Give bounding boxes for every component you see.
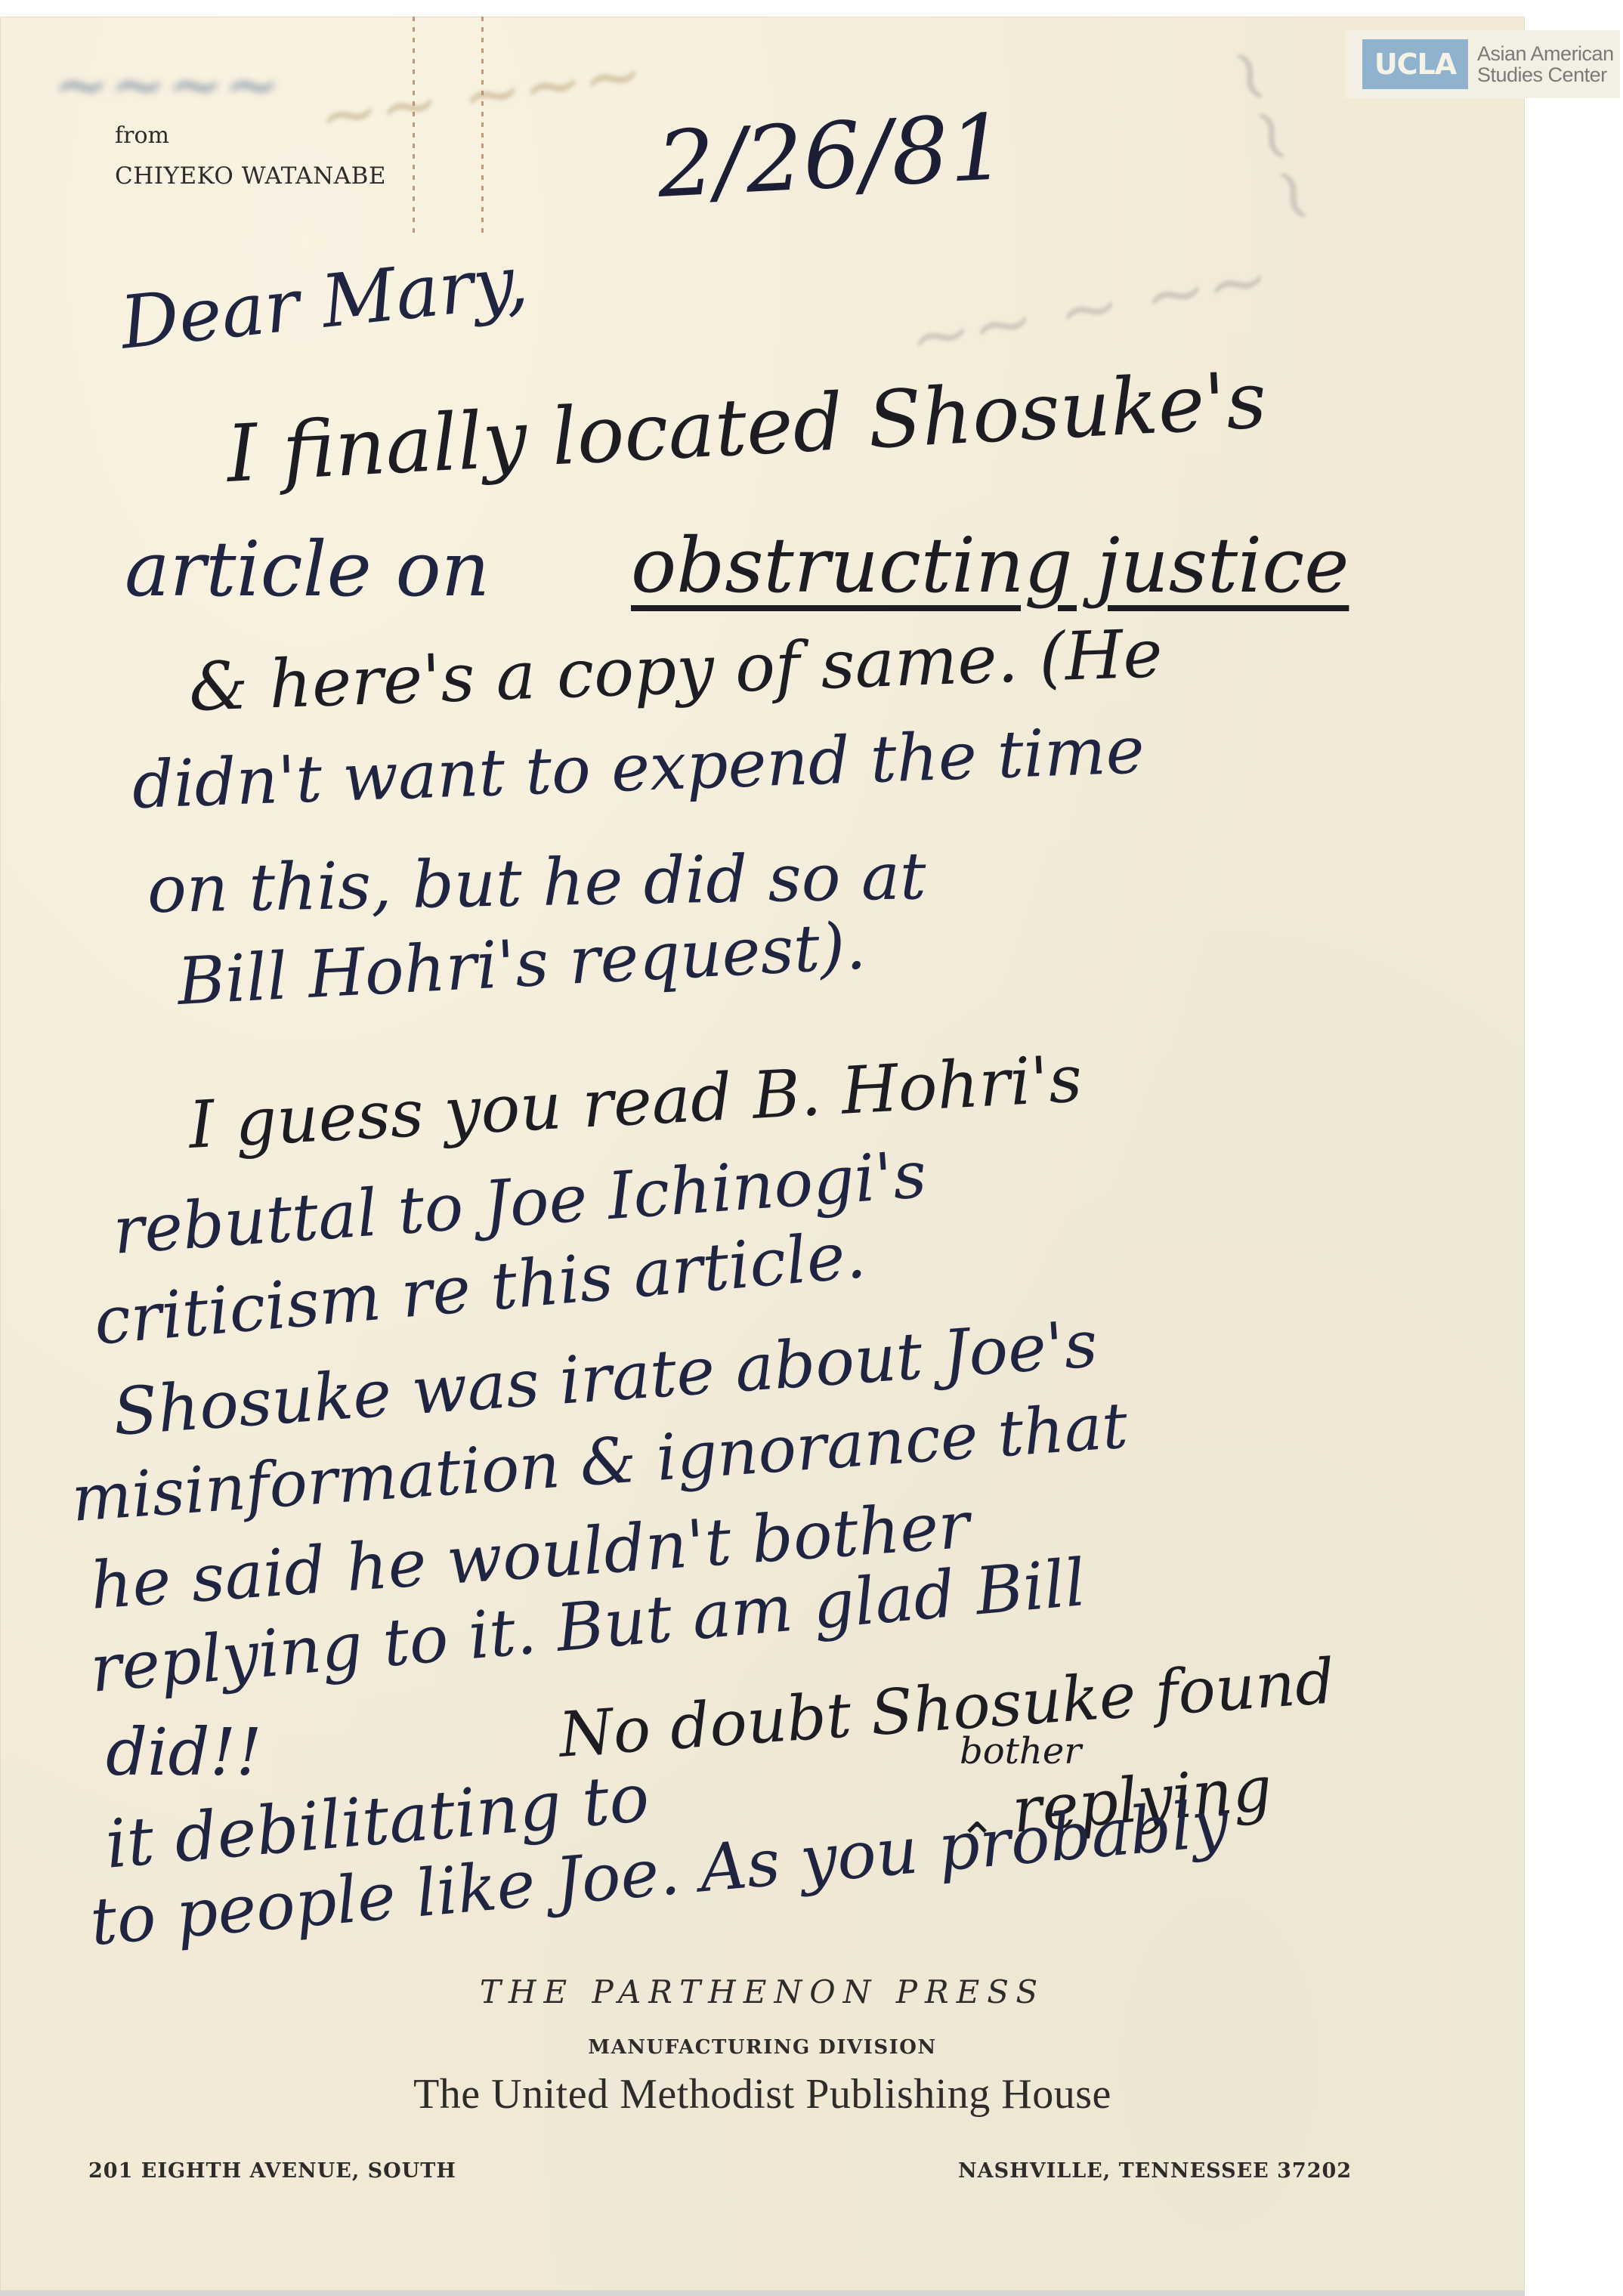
letter-line-14: did!! <box>106 1715 262 1791</box>
press-division: MANUFACTURING DIVISION <box>0 2036 1525 2059</box>
publishing-house: The United Methodist Publishing House <box>0 2070 1525 2118</box>
center-name-line1: Asian American <box>1477 43 1614 64</box>
sender-name: CHIYEKO WATANABE <box>115 162 386 190</box>
ucla-logo: UCLA <box>1362 39 1468 89</box>
from-label: from <box>115 122 169 149</box>
fold-crease <box>481 17 484 236</box>
ucla-aasc-watermark: UCLA Asian American Studies Center <box>1345 30 1620 98</box>
press-name: THE PARTHENON PRESS <box>0 1973 1525 2010</box>
letter-date: 2/26/81 <box>654 95 1009 218</box>
letter-line-2: article on <box>125 525 490 613</box>
center-name: Asian American Studies Center <box>1477 43 1614 85</box>
city-address: NASHVILLE, TENNESSEE 37202 <box>958 2159 1352 2183</box>
street-address: 201 EIGHTH AVENUE, SOUTH <box>88 2159 456 2183</box>
insertion-word: bother <box>960 1730 1081 1772</box>
underlined-title: obstructing justice <box>631 521 1349 610</box>
center-name-line2: Studies Center <box>1477 64 1614 85</box>
fold-crease <box>413 17 415 236</box>
scan-edge <box>0 2291 1525 2296</box>
